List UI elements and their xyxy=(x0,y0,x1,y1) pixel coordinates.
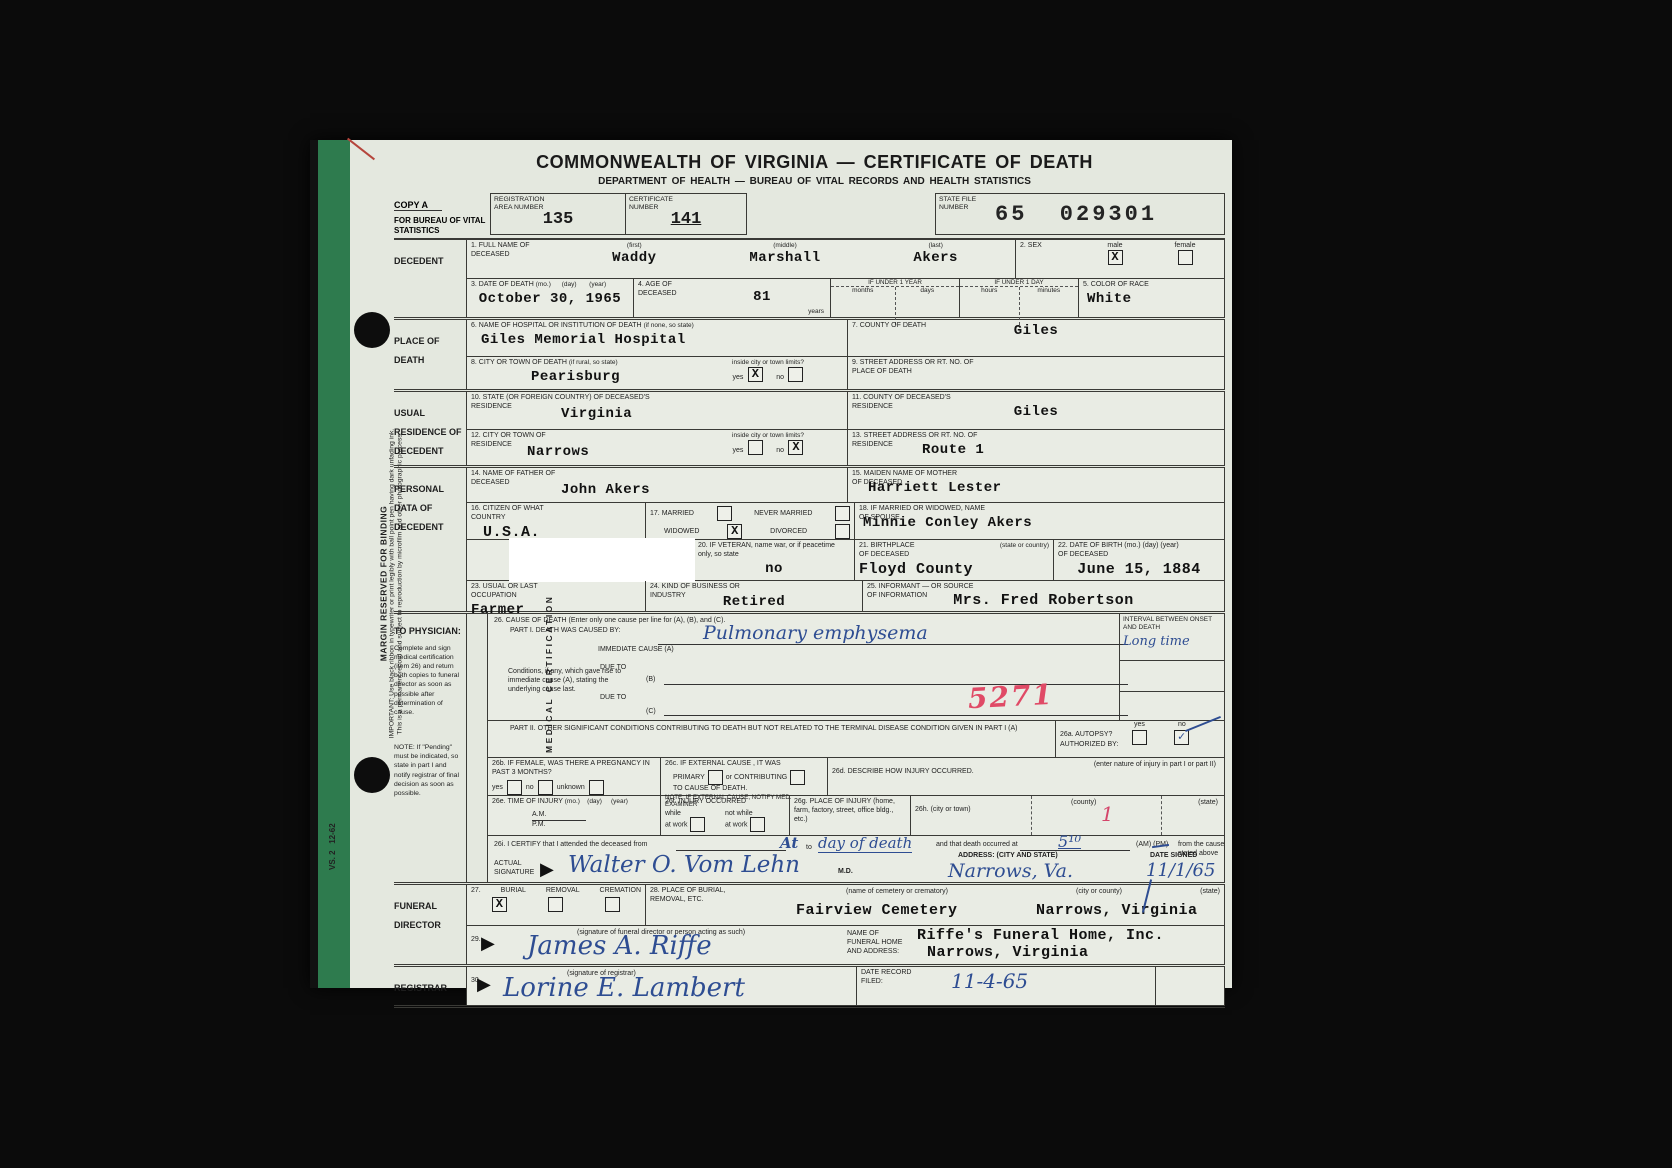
registrar-signature: Lorine E. Lambert xyxy=(503,973,745,1003)
field-full-name: 1. FULL NAME OF DECEASED (first) Waddy (… xyxy=(467,240,1016,278)
dob-value: June 15, 1884 xyxy=(1058,561,1220,578)
field-injury-location: 26h. (city or town) (county) (state) 1 xyxy=(911,796,1224,835)
dob-sublabel: OF DECEASED xyxy=(1058,551,1108,558)
county-residence-value: Giles xyxy=(852,404,1220,420)
binding-shadow xyxy=(310,140,318,988)
at-work-label2: at work xyxy=(725,821,748,828)
registration-area-value: 135 xyxy=(491,210,625,229)
certify-to-label: to xyxy=(806,844,812,853)
field-county-of-death: 7. COUNTY OF DEATH Giles xyxy=(848,320,1224,356)
injury-occurred-label: 26f. INJURY OCCURRED xyxy=(665,798,785,807)
father-value: John Akers xyxy=(561,482,843,498)
redaction-box xyxy=(509,538,695,582)
field-registrar-signature: 30. ▶ (signature of registrar) Lorine E.… xyxy=(467,967,856,1005)
date-filed-value: 11-4-65 xyxy=(951,969,1151,993)
copy-designation: COPY A FOR BUREAU OF VITAL STATISTICS xyxy=(394,193,490,235)
place-injury-label: 26g. PLACE OF INJURY (home, farm, factor… xyxy=(794,798,906,824)
field-city-of-death: 8. CITY OR TOWN OF DEATH (if rural, so s… xyxy=(467,357,848,389)
field-age: 4. AGE OF DECEASED 81 years xyxy=(634,279,831,317)
sex-label: 2. SEX xyxy=(1020,242,1080,267)
field-informant: 25. INFORMANT — OR SOURCE OF INFORMATION… xyxy=(863,581,1224,611)
line-b-label: (B) xyxy=(646,676,655,685)
never-married-checkbox xyxy=(835,506,850,521)
time-of-death-handwritten: 5¹⁰ xyxy=(1058,832,1081,851)
city-death-value: Pearisburg xyxy=(531,369,693,385)
date-of-death-value: October 30, 1965 xyxy=(471,291,629,307)
autopsy-label: 26a. AUTOPSY? xyxy=(1060,731,1112,738)
certificate-number-box: CERTIFICATE NUMBER 141 xyxy=(625,193,747,235)
red-county-mark: 1 xyxy=(1101,802,1114,826)
margin-binding-text: MARGIN RESERVED FOR BINDING xyxy=(379,383,389,783)
interval-value: Long time xyxy=(1123,634,1221,649)
field-part2: PART II. OTHER SIGNIFICANT CONDITIONS CO… xyxy=(488,721,1056,757)
medical-certification-strip: MEDICAL CERTIFICATION xyxy=(466,614,487,882)
married-checkbox xyxy=(717,506,732,521)
no-label: no xyxy=(776,447,784,454)
state-note: (state) xyxy=(1200,888,1220,897)
dob-label: 22. DATE OF BIRTH (mo.) (day) (year) xyxy=(1058,542,1179,549)
field-date-of-death: 3. DATE OF DEATH (mo.) (day) (year) Octo… xyxy=(467,279,634,317)
city-residence-value: Narrows xyxy=(527,444,693,460)
while-at-work-checkbox xyxy=(690,817,705,832)
autopsy-yes-checkbox xyxy=(1132,730,1147,745)
field-occupation: 23. USUAL OR LAST OCCUPATION Farmer xyxy=(467,581,646,611)
signature-arrow: ▶ xyxy=(477,975,491,993)
am-label: A.M. xyxy=(532,811,656,820)
occurred-at-label: and that death occurred at xyxy=(936,841,1018,850)
md-label: M.D. xyxy=(838,868,853,877)
birthplace-label: 21. BIRTHPLACE xyxy=(859,542,915,549)
widowed-label: WIDOWED xyxy=(664,528,699,535)
inside-limits-no-checkbox xyxy=(788,367,803,382)
pm-option-struck: (PM) xyxy=(1153,841,1168,848)
state-residence-value: Virginia xyxy=(561,406,843,422)
funeral-home-address: Narrows, Virginia xyxy=(927,944,1089,961)
pm-label: P.M. xyxy=(532,820,586,830)
primary-checkbox xyxy=(708,770,723,785)
street-death-label: 9. STREET ADDRESS OR RT. NO. OF PLACE OF… xyxy=(852,359,992,377)
autopsy-yes-label: yes xyxy=(1134,721,1145,728)
field-injury-occurred: 26f. INJURY OCCURRED while at work not w… xyxy=(661,796,790,835)
male-checkbox: X xyxy=(1108,250,1123,265)
county-death-label: 7. COUNTY OF DEATH xyxy=(852,322,932,331)
date-of-death-sublabels: (mo.) (day) (year) xyxy=(536,281,606,288)
how-injury-label: 26d. DESCRIBE HOW INJURY OCCURRED. xyxy=(832,768,974,775)
pregnancy-no-label: no xyxy=(526,784,534,791)
last-sublabel: (last) xyxy=(860,242,1011,249)
female-checkbox xyxy=(1178,250,1193,265)
death-certificate: MARGIN RESERVED FOR BINDING IMPORTANT: U… xyxy=(310,140,1232,988)
birthplace-sublabel: OF DECEASED xyxy=(859,551,909,558)
no-label: no xyxy=(776,374,784,381)
pregnancy-no-checkbox xyxy=(538,780,553,795)
date-of-death-label: 3. DATE OF DEATH xyxy=(471,281,534,288)
signature-arrow: ▶ xyxy=(540,860,554,878)
funeral-director-signature: James A. Riffe xyxy=(527,931,712,961)
field-disposition: 27. BURIAL REMOVAL CREMATION X xyxy=(467,885,646,925)
field-if-under-1-year: IF UNDER 1 YEAR months days xyxy=(831,279,960,317)
burial-place-label: 28. PLACE OF BURIAL, REMOVAL, ETC. xyxy=(650,887,740,905)
field-cause-of-death: 26. CAUSE OF DEATH (Enter only one cause… xyxy=(488,614,1120,720)
field29-num: 29. xyxy=(471,936,481,943)
contributing-checkbox xyxy=(790,770,805,785)
field-color-or-race: 5. COLOR OF RACE White xyxy=(1079,279,1224,317)
physician-signature: Walter O. Vom Lehn xyxy=(568,852,800,878)
burial-city-value: Narrows, Virginia xyxy=(1036,902,1198,919)
male-label: male xyxy=(1080,242,1150,249)
contributing-label: or CONTRIBUTING xyxy=(726,774,787,781)
father-label: 14. NAME OF FATHER OF DECEASED xyxy=(471,470,571,488)
yes-label: yes xyxy=(733,447,744,454)
yes-label: yes xyxy=(733,374,744,381)
certify-to-handwritten: day of death xyxy=(818,834,912,853)
middle-sublabel: (middle) xyxy=(710,242,861,249)
city-death-note: (if rural, so state) xyxy=(569,359,618,366)
time-injury-sub: (mo.) (day) (year) xyxy=(565,798,628,805)
to-cause-label: TO CAUSE OF DEATH. xyxy=(673,785,823,794)
hospital-value: Giles Memorial Hospital xyxy=(481,332,843,348)
field27-num: 27. xyxy=(471,887,481,894)
pregnancy-yes-label: yes xyxy=(492,784,503,791)
how-injury-note: (enter nature of injury in part I or par… xyxy=(1094,761,1216,770)
birthplace-value: Floyd County xyxy=(859,561,1049,578)
section-label-residence: USUAL RESIDENCE OF DECEDENT xyxy=(394,392,466,465)
residence-limits-yes-checkbox xyxy=(748,440,763,455)
certificate-number-value: 141 xyxy=(626,210,746,229)
empty-end-cell xyxy=(1156,967,1224,1005)
pregnancy-yes-checkbox xyxy=(507,780,522,795)
section-label-funeral-director: FUNERAL DIRECTOR xyxy=(394,885,466,964)
widowed-checkbox: X xyxy=(727,524,742,539)
age-label: 4. AGE OF DECEASED xyxy=(638,281,698,299)
cause-a-handwritten: Pulmonary emphysema xyxy=(703,622,928,644)
city-county-note: (city or county) xyxy=(1076,888,1122,897)
injury-state-label: (state) xyxy=(1198,799,1218,808)
red-pen-mark xyxy=(347,138,375,161)
due-to-c-label: DUE TO xyxy=(600,694,626,703)
immediate-cause-label: IMMEDIATE CAUSE (A) xyxy=(598,646,674,655)
divorced-label: DIVORCED xyxy=(770,528,807,535)
married-label: MARRIED xyxy=(662,510,694,517)
not-while-label: not while xyxy=(725,810,753,817)
punch-hole xyxy=(354,312,390,348)
field-veteran: 20. IF VETERAN, name war, or if peacetim… xyxy=(694,540,855,580)
residence-limits-no-checkbox: X xyxy=(788,440,803,455)
state-file-label: STATE FILE NUMBER xyxy=(936,194,987,234)
field-19-redacted xyxy=(467,540,694,580)
field-city-residence: 12. CITY OR TOWN OF RESIDENCE Narrows in… xyxy=(467,430,848,465)
actual-signature-label: ACTUAL SIGNATURE xyxy=(494,860,538,878)
field-state-residence: 10. STATE (OR FOREIGN COUNTRY) OF DECEAS… xyxy=(467,392,848,429)
under-day-label: IF UNDER 1 DAY xyxy=(960,279,1078,287)
funeral-home-label: NAME OF FUNERAL HOME AND ADDRESS: xyxy=(847,930,911,956)
certificate-title: COMMONWEALTH OF VIRGINIA — CERTIFICATE O… xyxy=(404,152,1225,173)
state-file-number-box: STATE FILE NUMBER 65 029301 xyxy=(935,193,1225,235)
color-race-value: White xyxy=(1087,291,1220,307)
mother-value: Harriett Lester xyxy=(868,480,1220,496)
autopsy-no-checkbox: ✓ xyxy=(1174,730,1189,745)
field-spouse: 18. IF MARRIED OR WIDOWED, NAME OF SPOUS… xyxy=(855,503,1224,539)
field-sex: 2. SEX male X female xyxy=(1016,240,1224,278)
field-date-of-birth: 22. DATE OF BIRTH (mo.) (day) (year) OF … xyxy=(1054,540,1224,580)
date-filed-label: DATE RECORD FILED: xyxy=(861,969,931,987)
hospital-label: 6. NAME OF HOSPITAL OR INSTITUTION OF DE… xyxy=(471,322,642,329)
middle-name-value: Marshall xyxy=(710,250,861,266)
pregnancy-unknown-checkbox xyxy=(589,780,604,795)
residence-limits-label: inside city or town limits? xyxy=(693,432,843,439)
signature-arrow: ▶ xyxy=(481,934,495,952)
conditions-note: Conditions, if any, which gave rise to i… xyxy=(508,668,621,693)
section-label-registrar: REGISTRAR xyxy=(394,967,466,1005)
while-label: while xyxy=(665,810,681,817)
cemetery-note: (name of cemetery or crematory) xyxy=(846,888,948,897)
authorized-by-label: AUTHORIZED BY: xyxy=(1060,741,1118,750)
primary-label: PRIMARY xyxy=(673,774,705,781)
field-place-of-injury: 26g. PLACE OF INJURY (home, farm, factor… xyxy=(790,796,911,835)
part2-label: PART II. OTHER SIGNIFICANT CONDITIONS CO… xyxy=(492,723,1051,734)
certify-from-handwritten: At xyxy=(780,834,798,852)
state-file-value: 65 029301 xyxy=(995,202,1157,227)
field-county-residence: 11. COUNTY OF DECEASED'S RESIDENCE Giles xyxy=(848,392,1224,429)
full-name-label: 1. FULL NAME OF DECEASED xyxy=(471,242,559,266)
red-code-stamp: 5271 xyxy=(967,678,1055,715)
field-street-of-death: 9. STREET ADDRESS OR RT. NO. OF PLACE OF… xyxy=(848,357,1224,389)
field-hospital: 6. NAME OF HOSPITAL OR INSTITUTION OF DE… xyxy=(467,320,848,356)
veteran-value: no xyxy=(698,561,850,577)
never-married-label: NEVER MARRIED xyxy=(754,510,812,517)
at-work-label: at work xyxy=(665,821,688,828)
physician-instructions: Complete and sign medical certification … xyxy=(394,644,464,717)
cemetery-value: Fairview Cemetery xyxy=(796,902,958,919)
city-death-label: 8. CITY OR TOWN OF DEATH xyxy=(471,359,567,366)
field-mother-name: 15. MAIDEN NAME OF MOTHER OF DECEASED Ha… xyxy=(848,468,1224,502)
field-how-injury: 26d. DESCRIBE HOW INJURY OCCURRED. (ente… xyxy=(828,758,1224,795)
funeral-home-name: Riffe's Funeral Home, Inc. xyxy=(917,927,1164,944)
line-c-label: (C) xyxy=(646,708,656,717)
field-physician-certification: 26i. I CERTIFY that I attended the decea… xyxy=(488,836,1224,882)
interval-label: INTERVAL BETWEEN ONSET AND DEATH xyxy=(1123,616,1221,632)
registration-area-number-box: REGISTRATION AREA NUMBER 135 xyxy=(490,193,626,235)
field-if-under-1-day: IF UNDER 1 DAY hours minutes xyxy=(960,279,1079,317)
field-place-of-burial: 28. PLACE OF BURIAL, REMOVAL, ETC. (name… xyxy=(646,885,1224,925)
first-name-value: Waddy xyxy=(559,250,710,266)
physician-address: Narrows, Va. xyxy=(948,860,1073,882)
interval-column: INTERVAL BETWEEN ONSET AND DEATH Long ti… xyxy=(1120,614,1224,720)
time-injury-label: 26e. TIME OF INJURY xyxy=(492,798,563,805)
field-autopsy: 26a. AUTOPSY? yes no ✓ AUTHORIZED BY: xyxy=(1056,721,1224,757)
pregnancy-label: 26b. IF FEMALE, WAS THERE A PREGNANCY IN… xyxy=(492,760,656,778)
injury-county-label: (county) xyxy=(1071,799,1096,808)
veteran-label: 20. IF VETERAN, name war, or if peacetim… xyxy=(698,542,850,560)
autopsy-no-label: no xyxy=(1178,721,1186,728)
field-father-name: 14. NAME OF FATHER OF DECEASED John Aker… xyxy=(467,468,848,502)
copy-for-label: FOR BUREAU OF VITAL STATISTICS xyxy=(394,216,490,235)
am-option: (AM) xyxy=(1136,841,1151,848)
field-street-residence: 13. STREET ADDRESS OR RT. NO. OF RESIDEN… xyxy=(848,430,1224,465)
burial-checkbox: X xyxy=(492,897,507,912)
field-birthplace: 21. BIRTHPLACE (state or country) OF DEC… xyxy=(855,540,1054,580)
section-label-personal-data: PERSONAL DATA OF DECEDENT xyxy=(394,468,466,611)
section-label-place-of-death: PLACE OF DEATH xyxy=(394,320,466,389)
birthplace-note: (state or country) xyxy=(1000,542,1049,550)
female-label: female xyxy=(1150,242,1220,249)
section-label-to-physician: TO PHYSICIAN: xyxy=(394,626,464,638)
under-year-label: IF UNDER 1 YEAR xyxy=(831,279,959,287)
field-marital-status: 17. MARRIED NEVER MARRIED WIDOWED X DIVO… xyxy=(646,503,855,539)
field-business: 24. KIND OF BUSINESS OR INDUSTRY Retired xyxy=(646,581,863,611)
pending-note: NOTE: If "Pending" must be indicated, so… xyxy=(394,743,464,798)
cremation-label: CREMATION xyxy=(600,887,641,894)
field-external-cause: 26c. IF EXTERNAL CAUSE , IT WAS PRIMARY … xyxy=(661,758,828,795)
injury-city-label: 26h. (city or town) xyxy=(915,806,971,813)
field-funeral-director-signature: 29. ▶ (signature of funeral director or … xyxy=(467,926,1224,964)
color-race-label: 5. COLOR OF RACE xyxy=(1083,281,1220,290)
spouse-value: Minnie Conley Akers xyxy=(863,515,1220,531)
burial-label: BURIAL xyxy=(501,887,526,894)
citizen-label: 16. CITIZEN OF WHAT COUNTRY xyxy=(471,505,551,523)
copy-a-label: COPY A xyxy=(394,200,442,211)
divorced-checkbox xyxy=(835,524,850,539)
removal-checkbox xyxy=(548,897,563,912)
external-cause-label: 26c. IF EXTERNAL CAUSE , IT WAS xyxy=(665,760,823,769)
field-pregnancy: 26b. IF FEMALE, WAS THERE A PREGNANCY IN… xyxy=(488,758,661,795)
field-time-of-injury: 26e. TIME OF INJURY (mo.) (day) (year) A… xyxy=(488,796,661,835)
date-signed-value: 11/1/65 xyxy=(1146,860,1215,881)
certificate-subtitle: DEPARTMENT OF HEALTH — BUREAU OF VITAL R… xyxy=(404,176,1225,187)
street-residence-value: Route 1 xyxy=(922,442,1220,458)
photo-background: MARGIN RESERVED FOR BINDING IMPORTANT: U… xyxy=(0,0,1672,1168)
hospital-note: (if none, so state) xyxy=(644,322,694,329)
age-unit: years xyxy=(808,308,824,315)
city-limits-label: inside city or town limits? xyxy=(693,359,843,366)
inside-limits-yes-checkbox: X xyxy=(748,367,763,382)
removal-label: REMOVAL xyxy=(546,887,580,894)
certificate-header: COMMONWEALTH OF VIRGINIA — CERTIFICATE O… xyxy=(394,146,1225,189)
field-date-filed: DATE RECORD FILED: 11-4-65 xyxy=(856,967,1156,1005)
section-label-decedent: DECEDENT xyxy=(394,240,466,317)
certify-statement: 26i. I CERTIFY that I attended the decea… xyxy=(494,841,647,850)
field-citizen: 16. CITIZEN OF WHAT COUNTRY U.S.A. xyxy=(467,503,646,539)
cremation-checkbox xyxy=(605,897,620,912)
first-sublabel: (first) xyxy=(559,242,710,249)
form-code: VS. 2 12-62 xyxy=(328,823,337,870)
pregnancy-unknown-label: unknown xyxy=(557,784,585,791)
last-name-value: Akers xyxy=(860,250,1011,266)
not-while-at-work-checkbox xyxy=(750,817,765,832)
field17-num: 17. xyxy=(650,510,660,517)
